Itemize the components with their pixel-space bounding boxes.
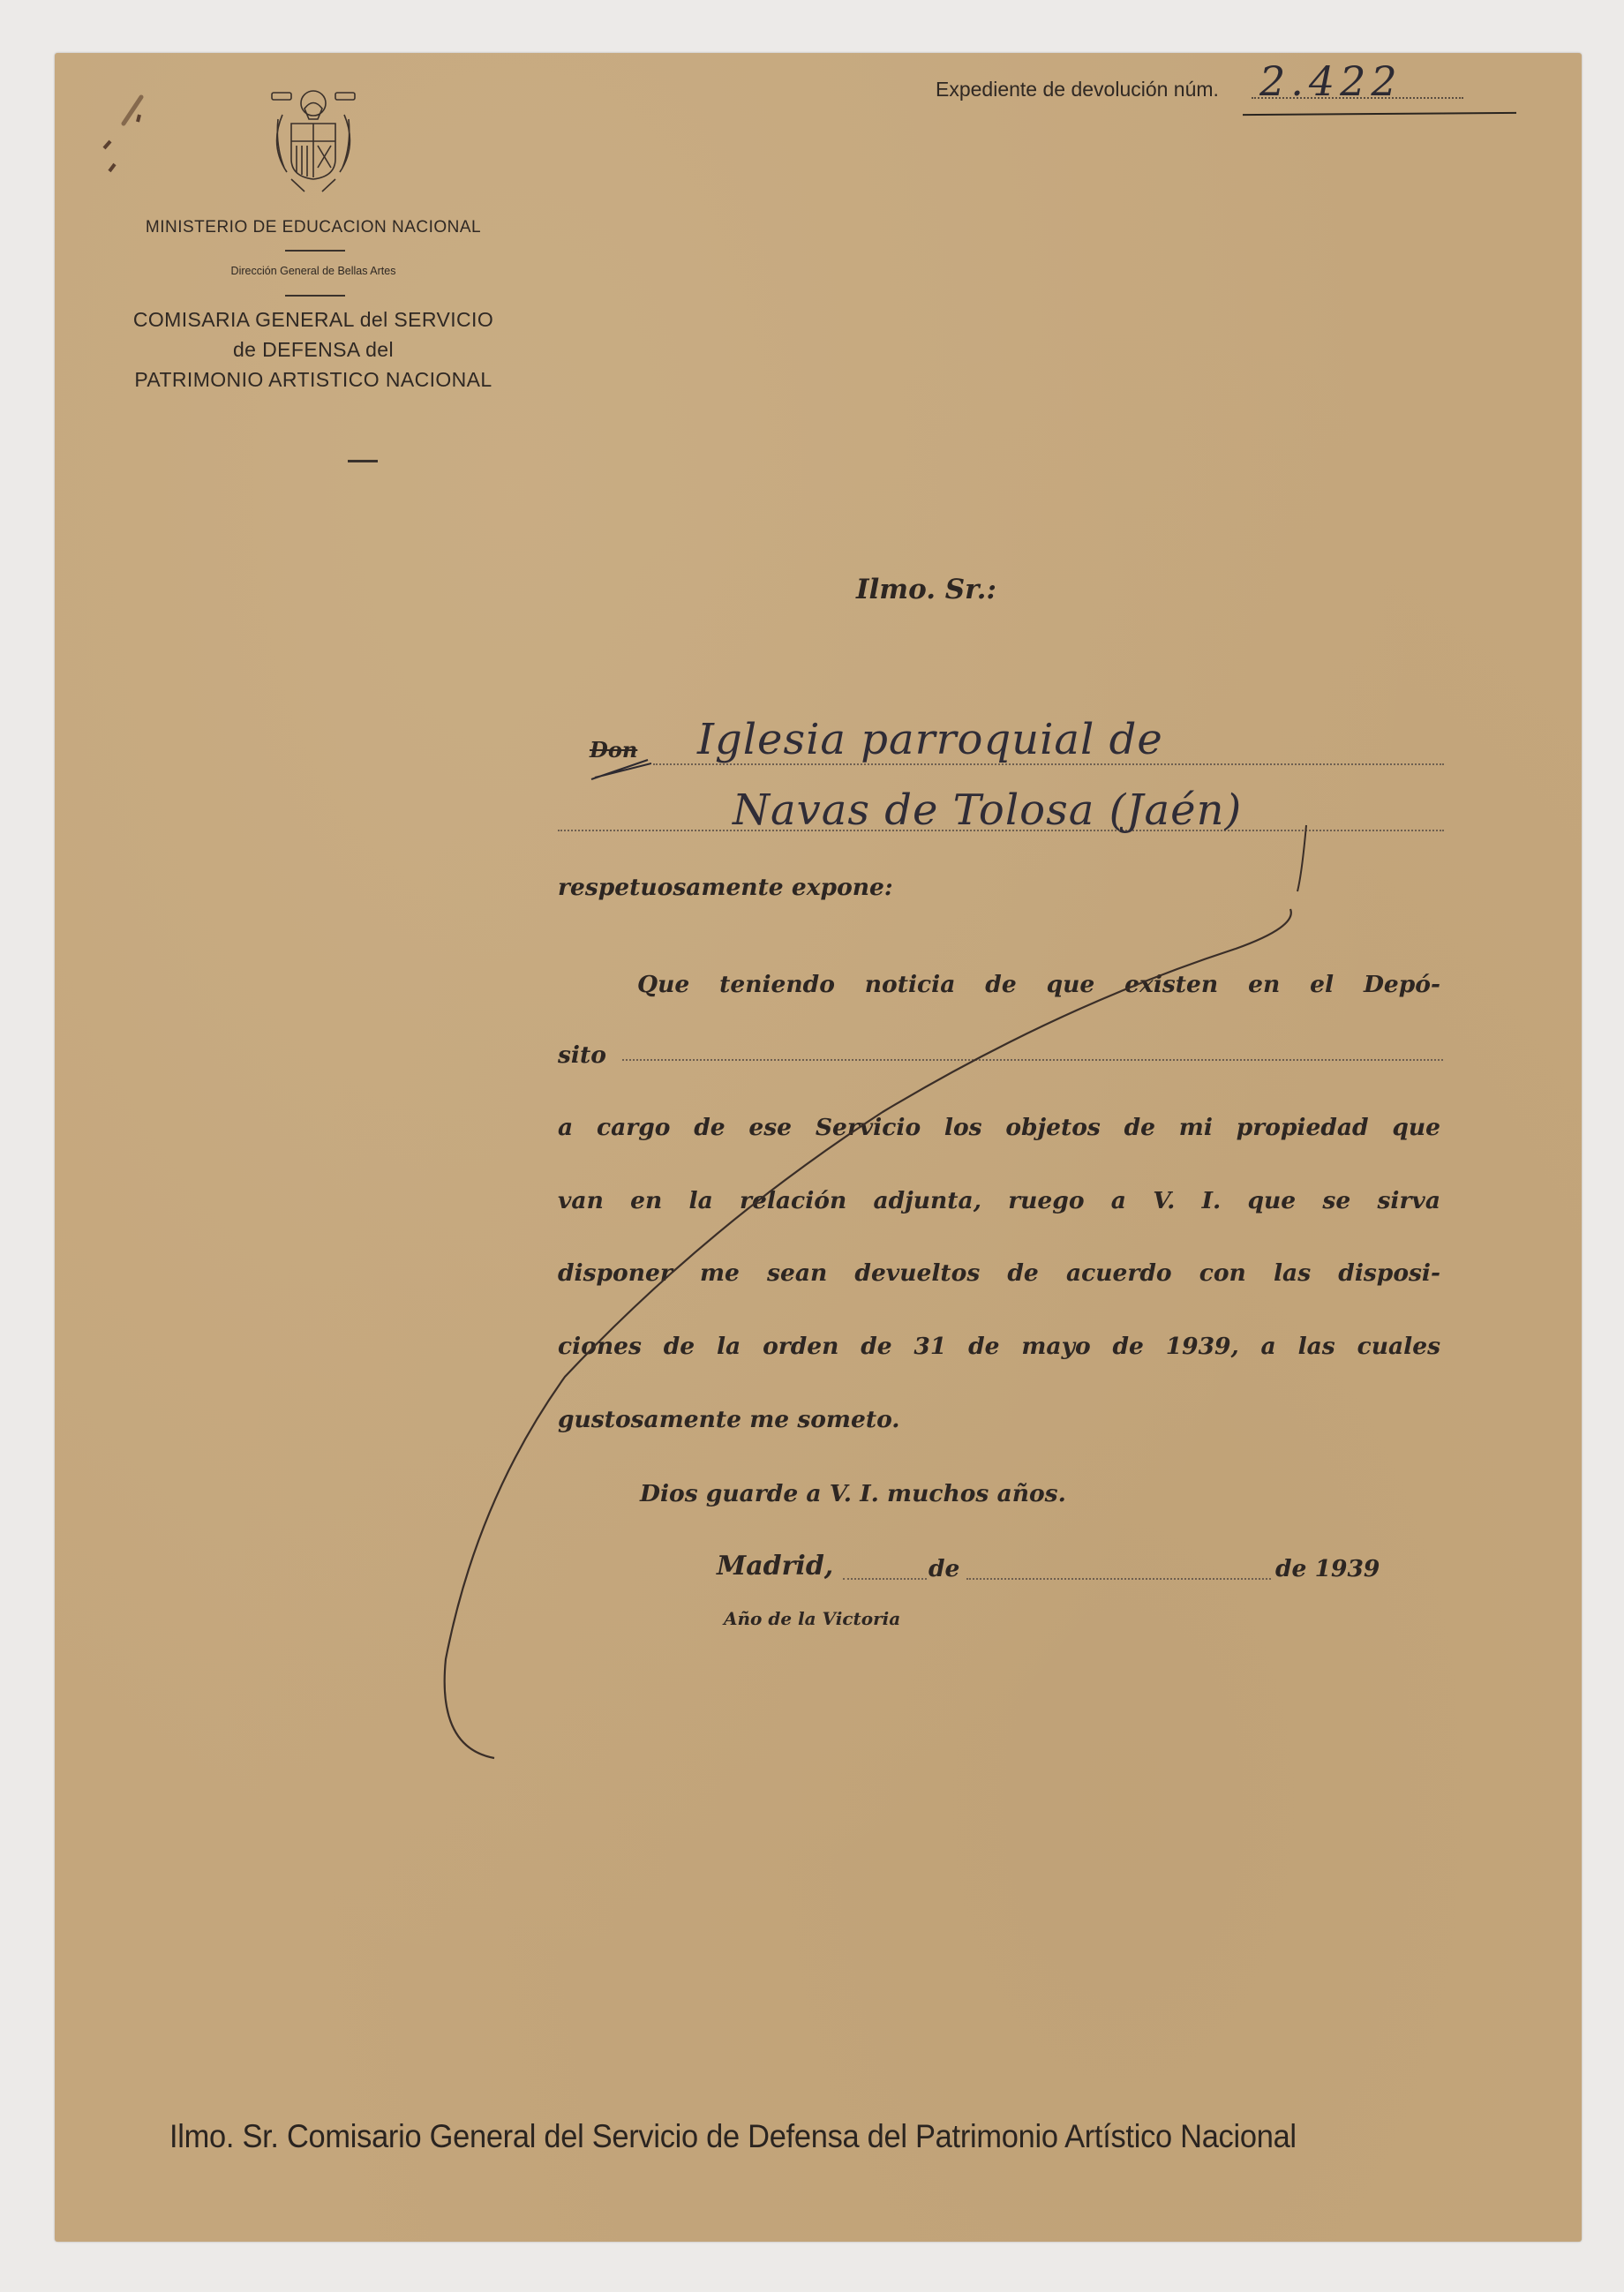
handwritten-flourish-stroke xyxy=(0,0,1624,2292)
footer-addressee: Ilmo. Sr. Comisario General del Servicio… xyxy=(169,2118,1297,2155)
